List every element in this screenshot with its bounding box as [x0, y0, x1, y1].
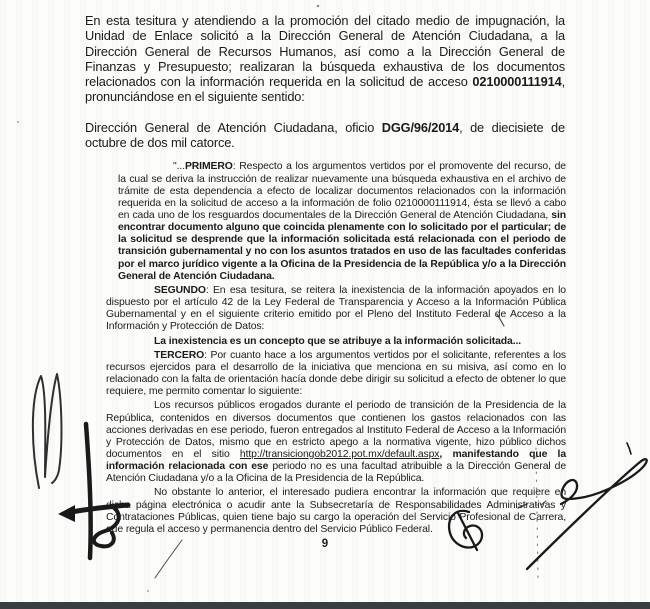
scanned-document-page: En esta tesitura y atendiendo a la promo… — [0, 0, 650, 609]
handwritten-annotations-layer — [0, 0, 650, 609]
speck-left — [17, 121, 19, 123]
crease-tick-left — [518, 504, 527, 508]
pen-tick-top-right — [627, 443, 631, 454]
signature-flourish-bottom-right — [527, 459, 647, 569]
crease-tick-right — [541, 501, 546, 505]
pen-line-bottom-left — [155, 540, 182, 578]
bold-pen-vertical — [86, 424, 91, 558]
scan-bottom-edge — [0, 602, 650, 609]
speck-bottom — [147, 590, 149, 592]
left-margin-pen-scribble — [33, 374, 62, 488]
pen-tick-mid-right — [497, 314, 504, 326]
speck-top — [317, 5, 319, 7]
circular-pen-scribble — [449, 511, 482, 550]
bold-pen-loop — [94, 506, 119, 546]
bold-pen-arrowhead — [58, 505, 75, 522]
